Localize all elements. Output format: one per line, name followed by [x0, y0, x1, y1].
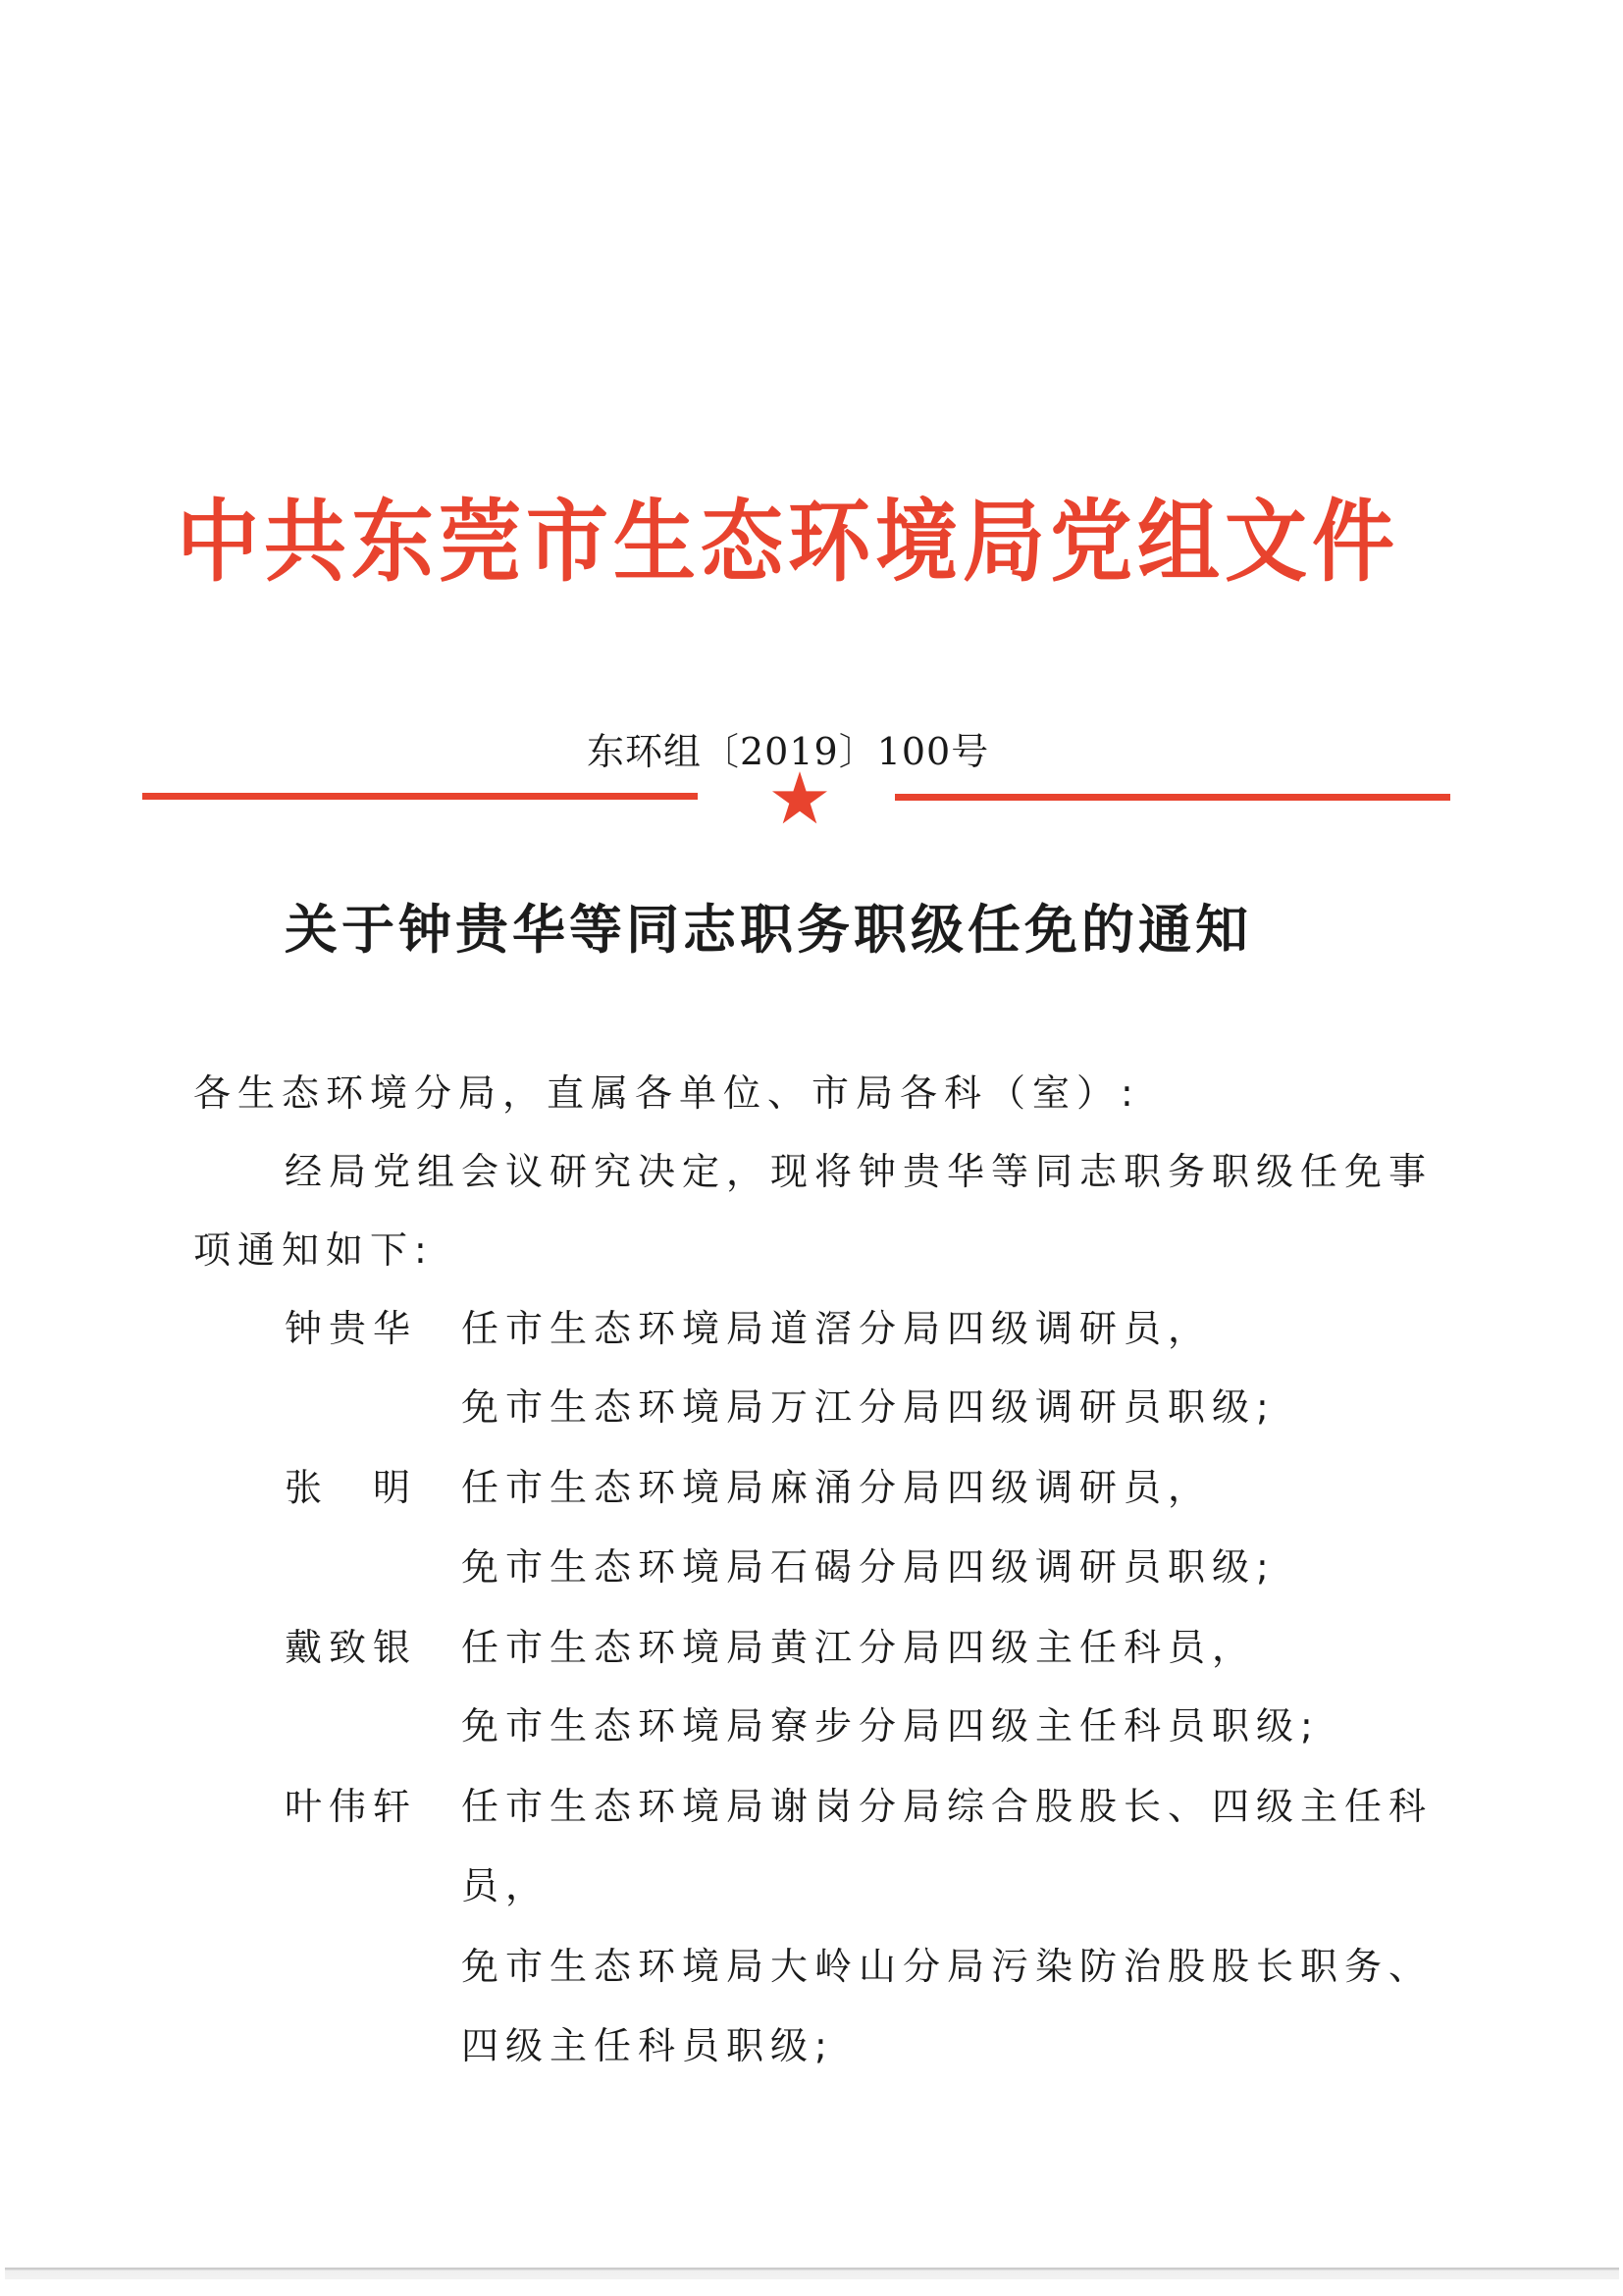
scan-edge-divider: [5, 2268, 1619, 2279]
appointee-name: 叶伟轩: [285, 1782, 417, 1831]
removal-line: 免市生态环境局石碣分局四级调研员职级;: [461, 1542, 1276, 1592]
addressee-line: 各生态环境分局，直属各单位、市局各科（室）:: [193, 1069, 1140, 1118]
removal-line: 免市生态环境局万江分局四级调研员职级;: [461, 1383, 1276, 1432]
appointment-line: 任市生态环境局道滘分局四级调研员，: [461, 1304, 1212, 1353]
intro-paragraph-line-1: 经局党组会议研究决定，现将钟贵华等同志职务职级任免事: [285, 1147, 1433, 1196]
document-page: 中共东莞市生态环境局党组文件 东环组〔2019〕100号 关于钟贵华等同志职务职…: [0, 0, 1623, 2296]
removal-line: 免市生态环境局寮步分局四级主任科员职级;: [461, 1701, 1320, 1750]
notice-subject-title: 关于钟贵华等同志职务职级任免的通知: [285, 895, 1335, 964]
masthead-title: 中共东莞市生态环境局党组文件: [177, 489, 1423, 595]
appointment-line: 任市生态环境局黄江分局四级主任科员，: [461, 1623, 1256, 1672]
red-separator-left: [142, 793, 698, 800]
appointment-line: 任市生态环境局谢岗分局综合股股长、四级主任科: [461, 1782, 1433, 1831]
intro-paragraph-line-2: 项通知如下:: [193, 1226, 434, 1275]
removal-line-continued: 四级主任科员职级;: [461, 2021, 834, 2070]
appointee-name: 戴致银: [285, 1623, 417, 1672]
red-separator-right: [895, 794, 1450, 801]
appointee-name: 钟贵华: [285, 1304, 417, 1353]
document-number: 东环组〔2019〕100号: [587, 728, 1019, 775]
removal-line: 免市生态环境局大岭山分局污染防治股股长职务、: [461, 1942, 1433, 1991]
appointee-name: 张明: [285, 1463, 461, 1512]
appointment-line: 任市生态环境局麻涌分局四级调研员，: [461, 1463, 1212, 1512]
appointment-line-continued: 员，: [461, 1861, 550, 1910]
star-icon: [772, 771, 827, 824]
